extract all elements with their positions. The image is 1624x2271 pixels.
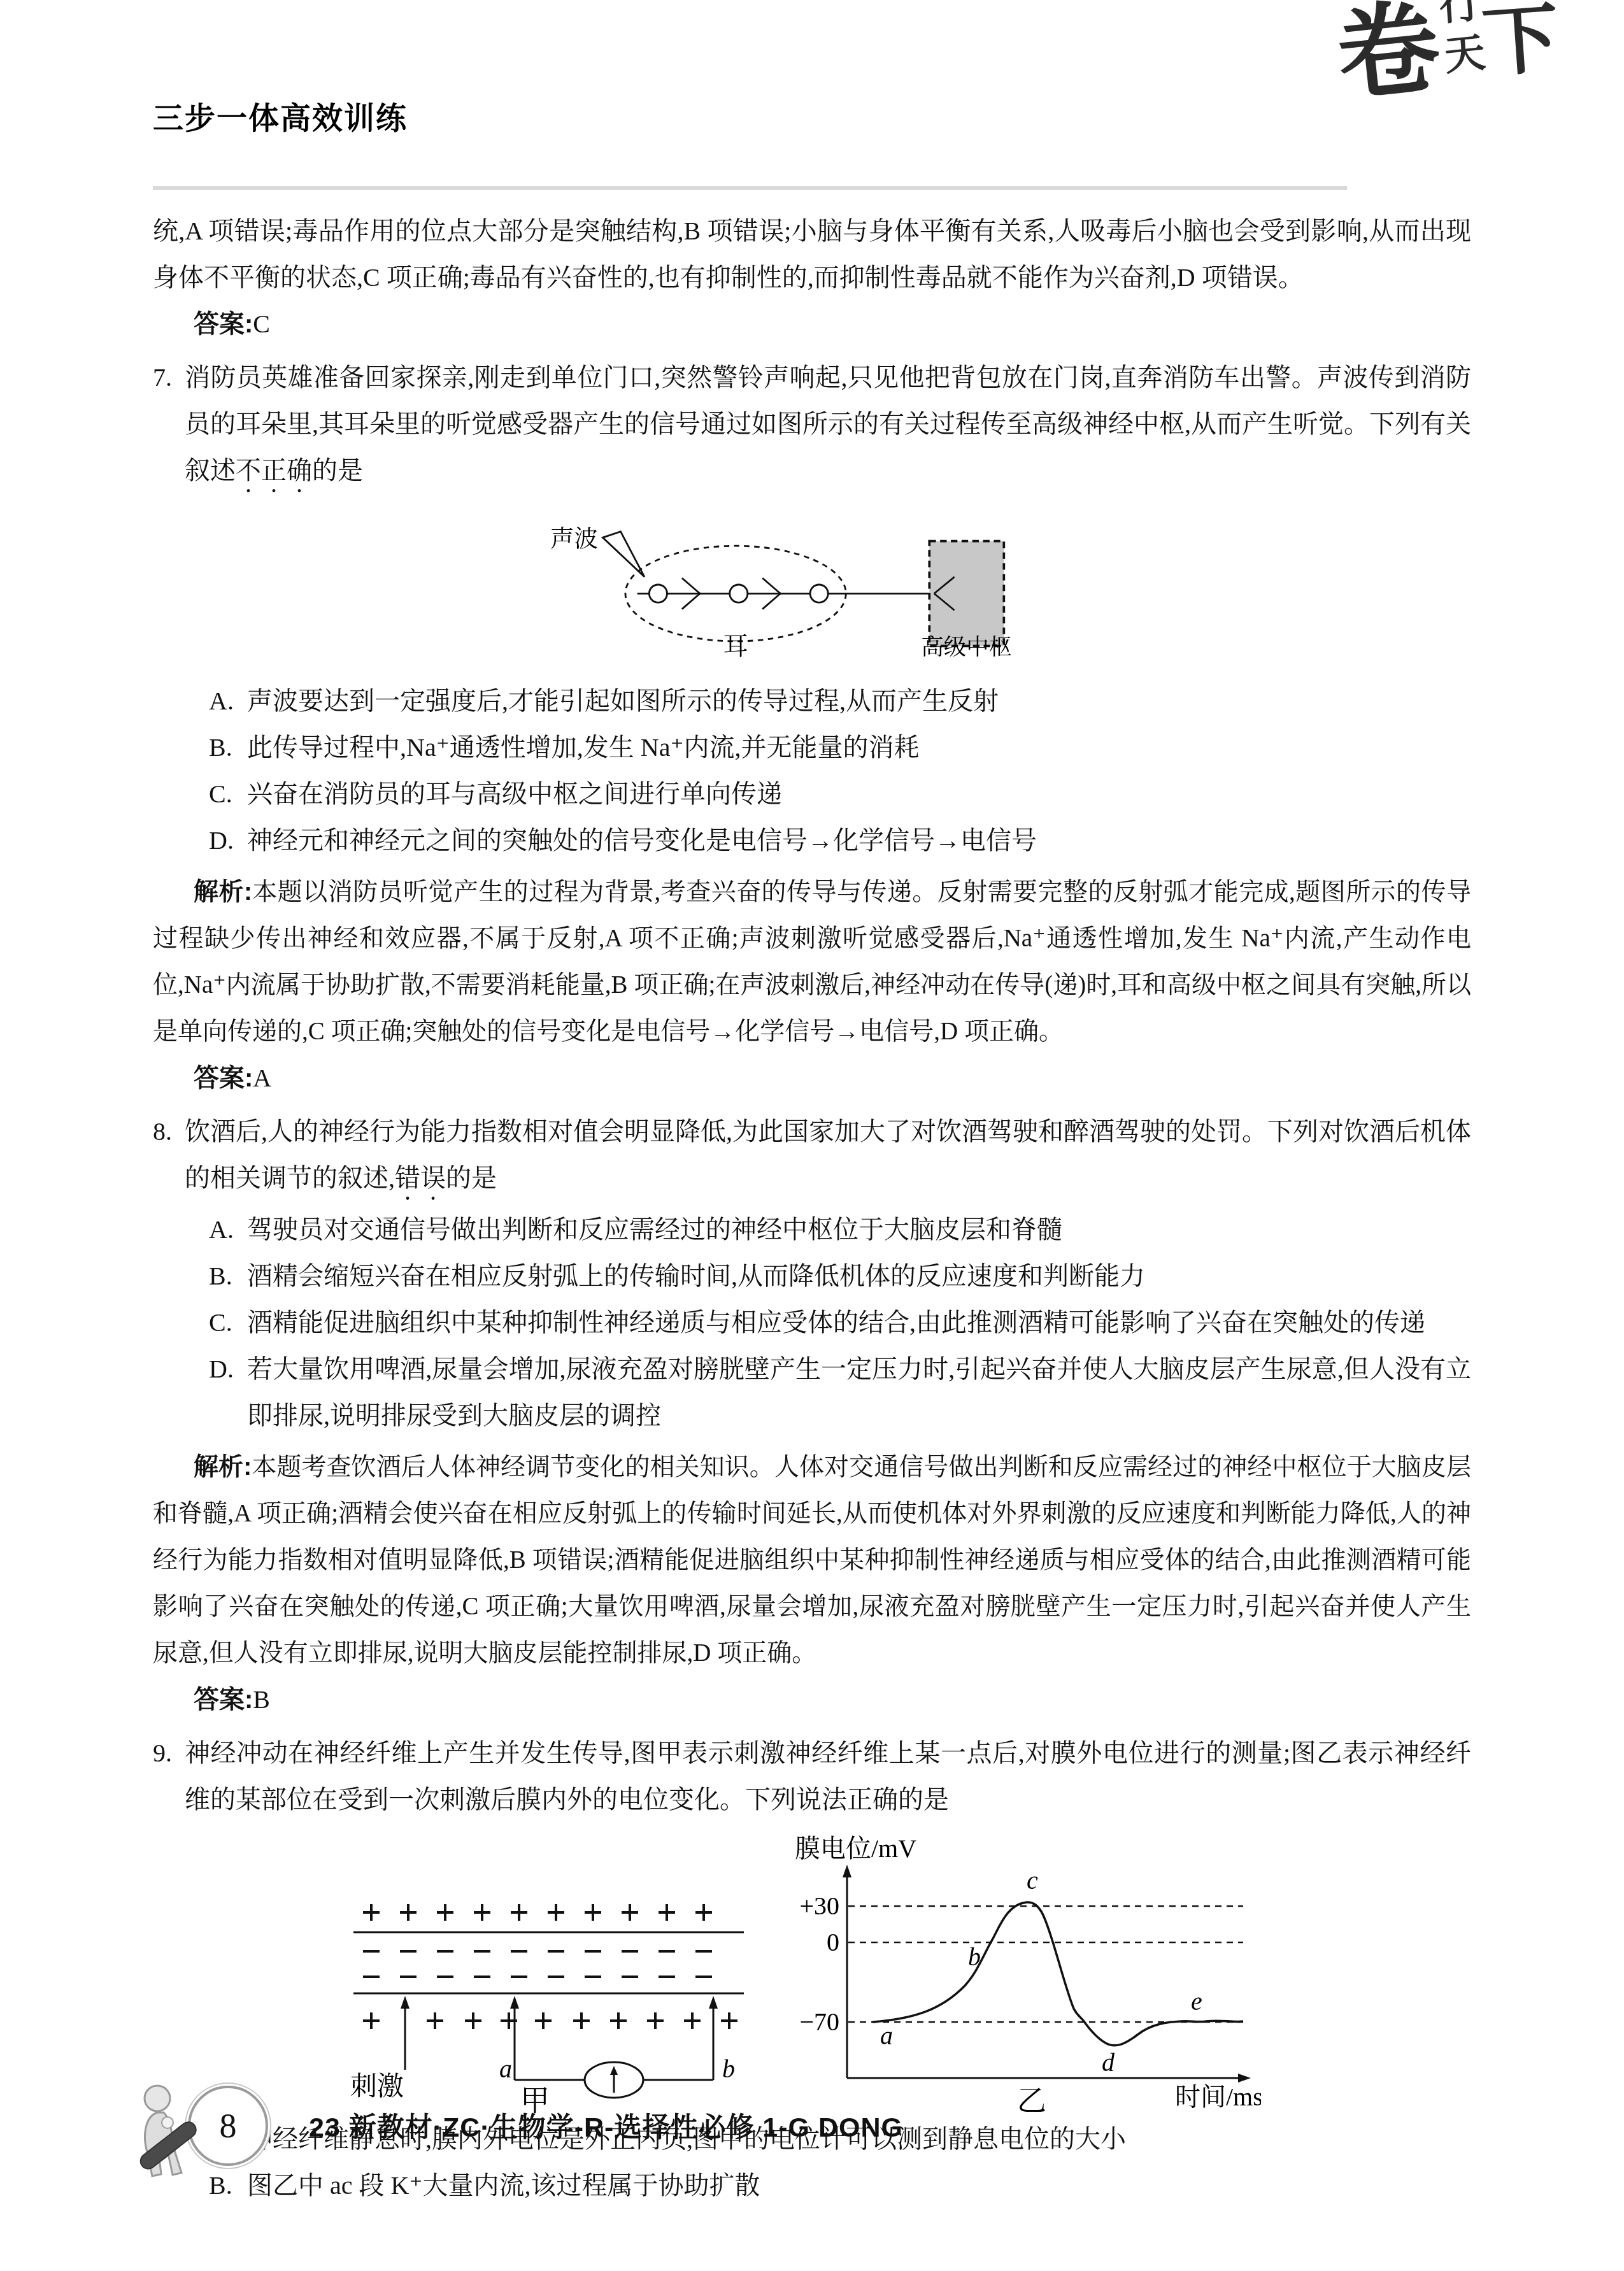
x-axis-label: 时间/ms (1175, 2082, 1261, 2111)
curve-point-e: e (1191, 1987, 1202, 2016)
option-text: 此传导过程中,Na⁺通透性增加,发生 Na⁺内流,并无能量的消耗 (247, 733, 920, 762)
q7-option-d: D.神经元和神经元之间的突触处的信号变化是电信号→化学信号→电信号 (209, 817, 1471, 864)
higher-center-label: 高级中枢 (921, 634, 1011, 659)
page-number: 8 (220, 2103, 237, 2149)
figure-ear-pathway: 声波 耳 高级中枢 (548, 510, 1471, 674)
q8-analysis: 解析:本题考查饮酒后人体神经调节变化的相关知识。人体对交通信号做出判断和反应需经… (153, 1444, 1471, 1676)
question-8-stem-tail: 的是 (446, 1164, 497, 1192)
neuron-soma (649, 585, 667, 602)
ear-label: 耳 (723, 632, 748, 659)
x-axis-arrowhead-icon (1238, 2074, 1251, 2082)
option-text: 酒精会缩短兴奋在相应反射弧上的传输时间,从而降低机体的反应速度和判断能力 (247, 1262, 1145, 1290)
option-label: A. (209, 1206, 234, 1253)
option-text: 驾驶员对交通信号做出判断和反应需经过的神经中枢位于大脑皮层和脊髓 (247, 1215, 1062, 1244)
option-label: D. (209, 1346, 234, 1392)
point-a-label: a (499, 2054, 512, 2083)
q8-option-b: B.酒精会缩短兴奋在相应反射弧上的传输时间,从而降低机体的反应速度和判断能力 (209, 1253, 1471, 1299)
answer-value: B (253, 1685, 270, 1714)
question-7-stem-emphasis: 不正确 (236, 456, 312, 485)
q7-analysis: 解析:本题以消防员听觉产生的过程为背景,考查兴奋的传导与传递。反射需要完整的反射… (153, 869, 1471, 1055)
question-8-stem: 饮酒后,人的神经行为能力指数相对值会明显降低,为此国家加大了对饮酒驾驶和醉酒驾驶… (185, 1117, 1471, 1192)
curve-point-c: c (1027, 1866, 1038, 1895)
option-label: B. (209, 724, 232, 771)
option-text: 兴奋在消防员的耳与高级中枢之间进行单向传递 (247, 780, 782, 808)
answer-value: C (253, 310, 270, 338)
tick-zero: 0 (827, 1928, 839, 1956)
answer-label: 答案: (194, 310, 253, 338)
option-label: A. (209, 678, 234, 724)
question-8: 8.饮酒后,人的神经行为能力指数相对值会明显降低,为此国家加大了对饮酒驾驶和醉酒… (153, 1108, 1471, 1206)
question-9-stem: 神经冲动在神经纤维上产生并发生传导,图甲表示刺激神经纤维上某一点后,对膜外电位进… (185, 1739, 1471, 1814)
sound-wave-label: 声波 (550, 526, 598, 553)
figure-q9: 刺激 a b 甲 膜电位/mV 时间/ms +30 0 −70 (344, 1833, 1471, 2113)
intro-answer-line: 答案:C (153, 301, 1471, 348)
header-rule (153, 186, 1347, 190)
analysis-text: 本题以消防员听觉产生的过程为背景,考查兴奋的传导与传递。反射需要完整的反射弧才能… (153, 878, 1471, 1045)
option-label: C. (209, 771, 232, 817)
analysis-text: 本题考查饮酒后人体神经调节变化的相关知识。人体对交通信号做出判断和反应需经过的神… (153, 1453, 1471, 1667)
question-7: 7.消防员英雄准备回家探亲,刚走到单位门口,突然警铃声响起,只见他把背包放在门岗… (153, 354, 1471, 499)
answer-label: 答案: (194, 1064, 253, 1092)
mascot-icon (131, 2081, 213, 2182)
option-label: B. (209, 1253, 232, 1299)
q8-answer-line: 答案:B (153, 1676, 1471, 1723)
page-header: 三步一体高效训练 卷 行 天 下 (153, 0, 1471, 197)
neuron-soma (730, 585, 748, 602)
outer-plus-row (363, 1904, 712, 1921)
curve-point-a: a (880, 2021, 893, 2050)
higher-center-box (929, 541, 1004, 646)
q7-answer-line: 答案:A (153, 1055, 1471, 1102)
option-label: D. (209, 817, 234, 864)
sound-arrow-icon (602, 532, 645, 577)
question-9-number: 9. (153, 1730, 172, 1776)
option-label: C. (209, 1299, 232, 1346)
curve-point-b: b (968, 1942, 981, 1971)
y-axis-arrowhead-icon (843, 1865, 851, 1877)
nerve-fiber-diagram: 刺激 a b 甲 (344, 1884, 751, 2113)
membrane-potential-chart: 膜电位/mV 时间/ms +30 0 −70 a b c d e 乙 (777, 1833, 1261, 2113)
y-axis-label: 膜电位/mV (795, 1834, 916, 1863)
answer-value: A (253, 1064, 271, 1092)
answer-label: 答案: (194, 1686, 253, 1714)
page: 三步一体高效训练 卷 行 天 下 统,A 项错误;毒品作用的位点大部分是突触结构… (153, 0, 1471, 2209)
analysis-label: 解析: (194, 1453, 252, 1481)
tick-minus70: −70 (799, 2007, 839, 2036)
question-8-stem-emphasis: 错误 (395, 1164, 446, 1192)
analysis-label: 解析: (194, 878, 252, 906)
option-text: 声波要达到一定强度后,才能引起如图所示的传导过程,从而产生反射 (247, 687, 999, 715)
stimulus-arrowhead-icon (401, 1996, 410, 2009)
ear-pathway-diagram: 声波 耳 高级中枢 (548, 510, 1019, 659)
electrode-a-arrowhead-icon (510, 1996, 519, 2009)
q7-option-b: B.此传导过程中,Na⁺通透性增加,发生 Na⁺内流,并无能量的消耗 (209, 724, 1471, 771)
electrode-b-arrowhead-icon (709, 1996, 718, 2009)
question-9: 9.神经冲动在神经纤维上产生并发生传导,图甲表示刺激神经纤维上某一点后,对膜外电… (153, 1730, 1471, 1823)
q8-option-d: D.若大量饮用啤酒,尿量会增加,尿液充盈对膀胱壁产生一定压力时,引起兴奋并使人大… (209, 1346, 1471, 1439)
question-7-stem-tail: 的是 (312, 456, 363, 485)
intro-analysis-text: 统,A 项错误;毒品作用的位点大部分是突触结构,B 项错误;小脑与身体平衡有关系… (153, 208, 1471, 301)
option-text: 酒精能促进脑组织中某种抑制性神经递质与相应受体的结合,由此推测酒精可能影响了兴奋… (247, 1308, 1425, 1337)
brand-logo-icon: 卷 行 天 下 (1337, 0, 1548, 127)
q7-option-a: A.声波要达到一定强度后,才能引起如图所示的传导过程,从而产生反射 (209, 678, 1471, 724)
option-text: 若大量饮用啤酒,尿量会增加,尿液充盈对膀胱壁产生一定压力时,引起兴奋并使人大脑皮… (247, 1355, 1471, 1430)
curve-point-d: d (1102, 2048, 1115, 2077)
footer-book-title: 23 新教材·ZC·生物学-R-选择性必修 1-G DONG (309, 2105, 903, 2151)
potential-curve (873, 1902, 1243, 2046)
question-8-number: 8. (153, 1108, 172, 1155)
q7-option-c: C.兴奋在消防员的耳与高级中枢之间进行单向传递 (209, 771, 1471, 817)
point-b-label: b (722, 2054, 735, 2083)
q8-option-a: A.驾驶员对交通信号做出判断和反应需经过的神经中枢位于大脑皮层和脊髓 (209, 1206, 1471, 1253)
neuron-soma (810, 585, 828, 602)
option-text: 神经元和神经元之间的突触处的信号变化是电信号→化学信号→电信号 (247, 826, 1037, 855)
outer-plus-row-bottom (363, 2012, 737, 2029)
fig-yi-caption: 乙 (1017, 2084, 1046, 2113)
question-7-number: 7. (153, 354, 172, 401)
question-7-stem: 消防员英雄准备回家探亲,刚走到单位门口,突然警铃声响起,只见他把背包放在门岗,直… (185, 363, 1471, 485)
page-badge-area: 8 (131, 2077, 283, 2179)
q8-option-c: C.酒精能促进脑组织中某种抑制性神经递质与相应受体的结合,由此推测酒精可能影响了… (209, 1299, 1471, 1346)
page-footer: 8 23 新教材·ZC·生物学-R-选择性必修 1-G DONG (131, 2080, 903, 2175)
tick-plus30: +30 (799, 1891, 839, 1920)
page-title: 三步一体高效训练 (153, 96, 1471, 142)
